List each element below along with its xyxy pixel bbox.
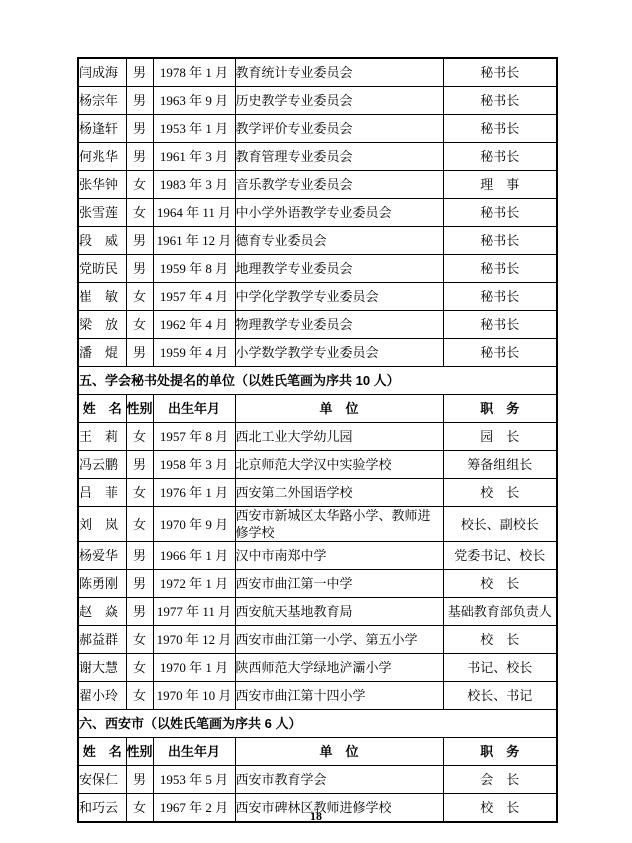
birth-cell: 1953 年 1 月 <box>153 115 235 143</box>
table-row: 安保仁男1953 年 5 月西安市教育学会会 长 <box>78 766 557 794</box>
name-cell: 段 威 <box>78 227 126 255</box>
birth-cell: 1957 年 8 月 <box>153 423 235 451</box>
position-cell: 校长、副校长 <box>443 507 557 542</box>
column-header-gender: 性别 <box>126 395 153 423</box>
name-cell: 杨宗年 <box>78 87 126 115</box>
name-cell: 张华钟 <box>78 171 126 199</box>
name-cell: 潘 焜 <box>78 339 126 367</box>
gender-cell: 男 <box>126 766 153 794</box>
name-cell: 杨逢轩 <box>78 115 126 143</box>
name-cell: 赵 焱 <box>78 598 126 626</box>
gender-cell: 男 <box>126 115 153 143</box>
table-row: 段 威男1961 年 12 月德育专业委员会秘书长 <box>78 227 557 255</box>
gender-cell: 男 <box>126 143 153 171</box>
table-row: 刘 岚女1970 年 9 月西安市新城区太华路小学、教师进修学校校长、副校长 <box>78 507 557 542</box>
position-cell: 校长、书记 <box>443 682 557 710</box>
table-row: 吕 菲女1976 年 1 月西安第二外国语学校校 长 <box>78 479 557 507</box>
birth-cell: 1970 年 12 月 <box>153 626 235 654</box>
table-row: 闫成海男1978 年 1 月教育统计专业委员会秘书长 <box>78 58 557 87</box>
table-row: 崔 敏女1957 年 4 月中学化学教学专业委员会秘书长 <box>78 283 557 311</box>
gender-cell: 男 <box>126 598 153 626</box>
name-cell: 崔 敏 <box>78 283 126 311</box>
column-header-name: 姓 名 <box>78 395 126 423</box>
birth-cell: 1962 年 4 月 <box>153 311 235 339</box>
birth-cell: 1978 年 1 月 <box>153 58 235 87</box>
name-cell: 刘 岚 <box>78 507 126 542</box>
unit-cell: 德育专业委员会 <box>235 227 443 255</box>
unit-cell: 陕西师范大学绿地浐灞小学 <box>235 654 443 682</box>
page-number: 18 <box>0 809 632 824</box>
column-header-birth: 出生年月 <box>153 395 235 423</box>
unit-cell: 教育管理专业委员会 <box>235 143 443 171</box>
column-header-gender: 性别 <box>126 738 153 766</box>
unit-cell: 中小学外语教学专业委员会 <box>235 199 443 227</box>
position-cell: 基础教育部负责人 <box>443 598 557 626</box>
column-header-unit: 单 位 <box>235 395 443 423</box>
column-header-birth: 出生年月 <box>153 738 235 766</box>
table-row: 翟小玲女1970 年 10 月西安市曲江第十四小学校长、书记 <box>78 682 557 710</box>
unit-cell: 汉中市南郑中学 <box>235 542 443 570</box>
birth-cell: 1961 年 3 月 <box>153 143 235 171</box>
name-cell: 郝益群 <box>78 626 126 654</box>
unit-cell: 中学化学教学专业委员会 <box>235 283 443 311</box>
birth-cell: 1964 年 11 月 <box>153 199 235 227</box>
birth-cell: 1959 年 4 月 <box>153 339 235 367</box>
name-cell: 何兆华 <box>78 143 126 171</box>
gender-cell: 男 <box>126 255 153 283</box>
gender-cell: 女 <box>126 171 153 199</box>
birth-cell: 1961 年 12 月 <box>153 227 235 255</box>
name-cell: 王 莉 <box>78 423 126 451</box>
unit-cell: 西北工业大学幼儿园 <box>235 423 443 451</box>
name-cell: 梁 放 <box>78 311 126 339</box>
section-title: 五、学会秘书处提名的单位（以姓氏笔画为序共 10 人） <box>78 367 557 395</box>
unit-cell: 地理教学专业委员会 <box>235 255 443 283</box>
column-header-position: 职 务 <box>443 395 557 423</box>
position-cell: 秘书长 <box>443 283 557 311</box>
birth-cell: 1970 年 1 月 <box>153 654 235 682</box>
position-cell: 校 长 <box>443 479 557 507</box>
table-row: 郝益群女1970 年 12 月西安市曲江第一小学、第五小学校 长 <box>78 626 557 654</box>
table-row: 赵 焱男1977 年 11 月西安航天基地教育局基础教育部负责人 <box>78 598 557 626</box>
column-header-position: 职 务 <box>443 738 557 766</box>
table-row: 潘 焜男1959 年 4 月小学数学教学专业委员会秘书长 <box>78 339 557 367</box>
unit-cell: 西安第二外国语学校 <box>235 479 443 507</box>
position-cell: 校 长 <box>443 570 557 598</box>
birth-cell: 1957 年 4 月 <box>153 283 235 311</box>
name-cell: 吕 菲 <box>78 479 126 507</box>
table-row: 姓 名性别出生年月单 位职 务 <box>78 738 557 766</box>
position-cell: 秘书长 <box>443 311 557 339</box>
gender-cell: 男 <box>126 339 153 367</box>
table-row: 五、学会秘书处提名的单位（以姓氏笔画为序共 10 人） <box>78 367 557 395</box>
name-cell: 陈勇刚 <box>78 570 126 598</box>
birth-cell: 1963 年 9 月 <box>153 87 235 115</box>
table-row: 杨爱华男1966 年 1 月汉中市南郑中学党委书记、校长 <box>78 542 557 570</box>
column-header-name: 姓 名 <box>78 738 126 766</box>
table-row: 冯云鹏男1958 年 3 月北京师范大学汉中实验学校筹备组组长 <box>78 451 557 479</box>
position-cell: 秘书长 <box>443 339 557 367</box>
name-cell: 张雪莲 <box>78 199 126 227</box>
birth-cell: 1976 年 1 月 <box>153 479 235 507</box>
gender-cell: 女 <box>126 423 153 451</box>
roster-table: 闫成海男1978 年 1 月教育统计专业委员会秘书长杨宗年男1963 年 9 月… <box>77 57 558 823</box>
gender-cell: 女 <box>126 626 153 654</box>
unit-cell: 教育统计专业委员会 <box>235 58 443 87</box>
name-cell: 谢大慧 <box>78 654 126 682</box>
gender-cell: 女 <box>126 682 153 710</box>
table-row: 党昉民男1959 年 8 月地理教学专业委员会秘书长 <box>78 255 557 283</box>
birth-cell: 1966 年 1 月 <box>153 542 235 570</box>
unit-cell: 物理教学专业委员会 <box>235 311 443 339</box>
name-cell: 闫成海 <box>78 58 126 87</box>
name-cell: 翟小玲 <box>78 682 126 710</box>
position-cell: 秘书长 <box>443 255 557 283</box>
table-row: 六、西安市（以姓氏笔画为序共 6 人） <box>78 710 557 738</box>
unit-cell: 西安市新城区太华路小学、教师进修学校 <box>235 507 443 542</box>
position-cell: 理 事 <box>443 171 557 199</box>
table-row: 张雪莲女1964 年 11 月中小学外语教学专业委员会秘书长 <box>78 199 557 227</box>
document-page: 闫成海男1978 年 1 月教育统计专业委员会秘书长杨宗年男1963 年 9 月… <box>0 0 632 843</box>
position-cell: 秘书长 <box>443 227 557 255</box>
position-cell: 书记、校长 <box>443 654 557 682</box>
gender-cell: 女 <box>126 283 153 311</box>
position-cell: 会 长 <box>443 766 557 794</box>
unit-cell: 西安航天基地教育局 <box>235 598 443 626</box>
gender-cell: 女 <box>126 479 153 507</box>
gender-cell: 男 <box>126 227 153 255</box>
name-cell: 杨爱华 <box>78 542 126 570</box>
unit-cell: 小学数学教学专业委员会 <box>235 339 443 367</box>
table-row: 姓 名性别出生年月单 位职 务 <box>78 395 557 423</box>
table-row: 何兆华男1961 年 3 月教育管理专业委员会秘书长 <box>78 143 557 171</box>
section-title: 六、西安市（以姓氏笔画为序共 6 人） <box>78 710 557 738</box>
birth-cell: 1959 年 8 月 <box>153 255 235 283</box>
position-cell: 秘书长 <box>443 58 557 87</box>
gender-cell: 女 <box>126 199 153 227</box>
position-cell: 秘书长 <box>443 87 557 115</box>
gender-cell: 男 <box>126 58 153 87</box>
unit-cell: 西安市曲江第一小学、第五小学 <box>235 626 443 654</box>
table-row: 谢大慧女1970 年 1 月陕西师范大学绿地浐灞小学书记、校长 <box>78 654 557 682</box>
position-cell: 秘书长 <box>443 199 557 227</box>
gender-cell: 女 <box>126 311 153 339</box>
position-cell: 校 长 <box>443 626 557 654</box>
birth-cell: 1972 年 1 月 <box>153 570 235 598</box>
table-row: 杨宗年男1963 年 9 月历史教学专业委员会秘书长 <box>78 87 557 115</box>
table-row: 杨逢轩男1953 年 1 月教学评价专业委员会秘书长 <box>78 115 557 143</box>
table-row: 张华钟女1983 年 3 月音乐教学专业委员会理 事 <box>78 171 557 199</box>
birth-cell: 1970 年 10 月 <box>153 682 235 710</box>
unit-cell: 音乐教学专业委员会 <box>235 171 443 199</box>
position-cell: 秘书长 <box>443 143 557 171</box>
unit-cell: 西安市教育学会 <box>235 766 443 794</box>
position-cell: 秘书长 <box>443 115 557 143</box>
unit-cell: 北京师范大学汉中实验学校 <box>235 451 443 479</box>
unit-cell: 西安市曲江第十四小学 <box>235 682 443 710</box>
gender-cell: 女 <box>126 507 153 542</box>
birth-cell: 1953 年 5 月 <box>153 766 235 794</box>
unit-cell: 历史教学专业委员会 <box>235 87 443 115</box>
column-header-unit: 单 位 <box>235 738 443 766</box>
name-cell: 党昉民 <box>78 255 126 283</box>
unit-cell: 教学评价专业委员会 <box>235 115 443 143</box>
gender-cell: 男 <box>126 451 153 479</box>
name-cell: 安保仁 <box>78 766 126 794</box>
birth-cell: 1983 年 3 月 <box>153 171 235 199</box>
gender-cell: 男 <box>126 542 153 570</box>
name-cell: 冯云鹏 <box>78 451 126 479</box>
unit-cell: 西安市曲江第一中学 <box>235 570 443 598</box>
gender-cell: 女 <box>126 654 153 682</box>
position-cell: 园 长 <box>443 423 557 451</box>
birth-cell: 1970 年 9 月 <box>153 507 235 542</box>
position-cell: 党委书记、校长 <box>443 542 557 570</box>
birth-cell: 1958 年 3 月 <box>153 451 235 479</box>
gender-cell: 男 <box>126 570 153 598</box>
birth-cell: 1977 年 11 月 <box>153 598 235 626</box>
table-row: 梁 放女1962 年 4 月物理教学专业委员会秘书长 <box>78 311 557 339</box>
table-row: 王 莉女1957 年 8 月西北工业大学幼儿园园 长 <box>78 423 557 451</box>
position-cell: 筹备组组长 <box>443 451 557 479</box>
gender-cell: 男 <box>126 87 153 115</box>
table-row: 陈勇刚男1972 年 1 月西安市曲江第一中学校 长 <box>78 570 557 598</box>
